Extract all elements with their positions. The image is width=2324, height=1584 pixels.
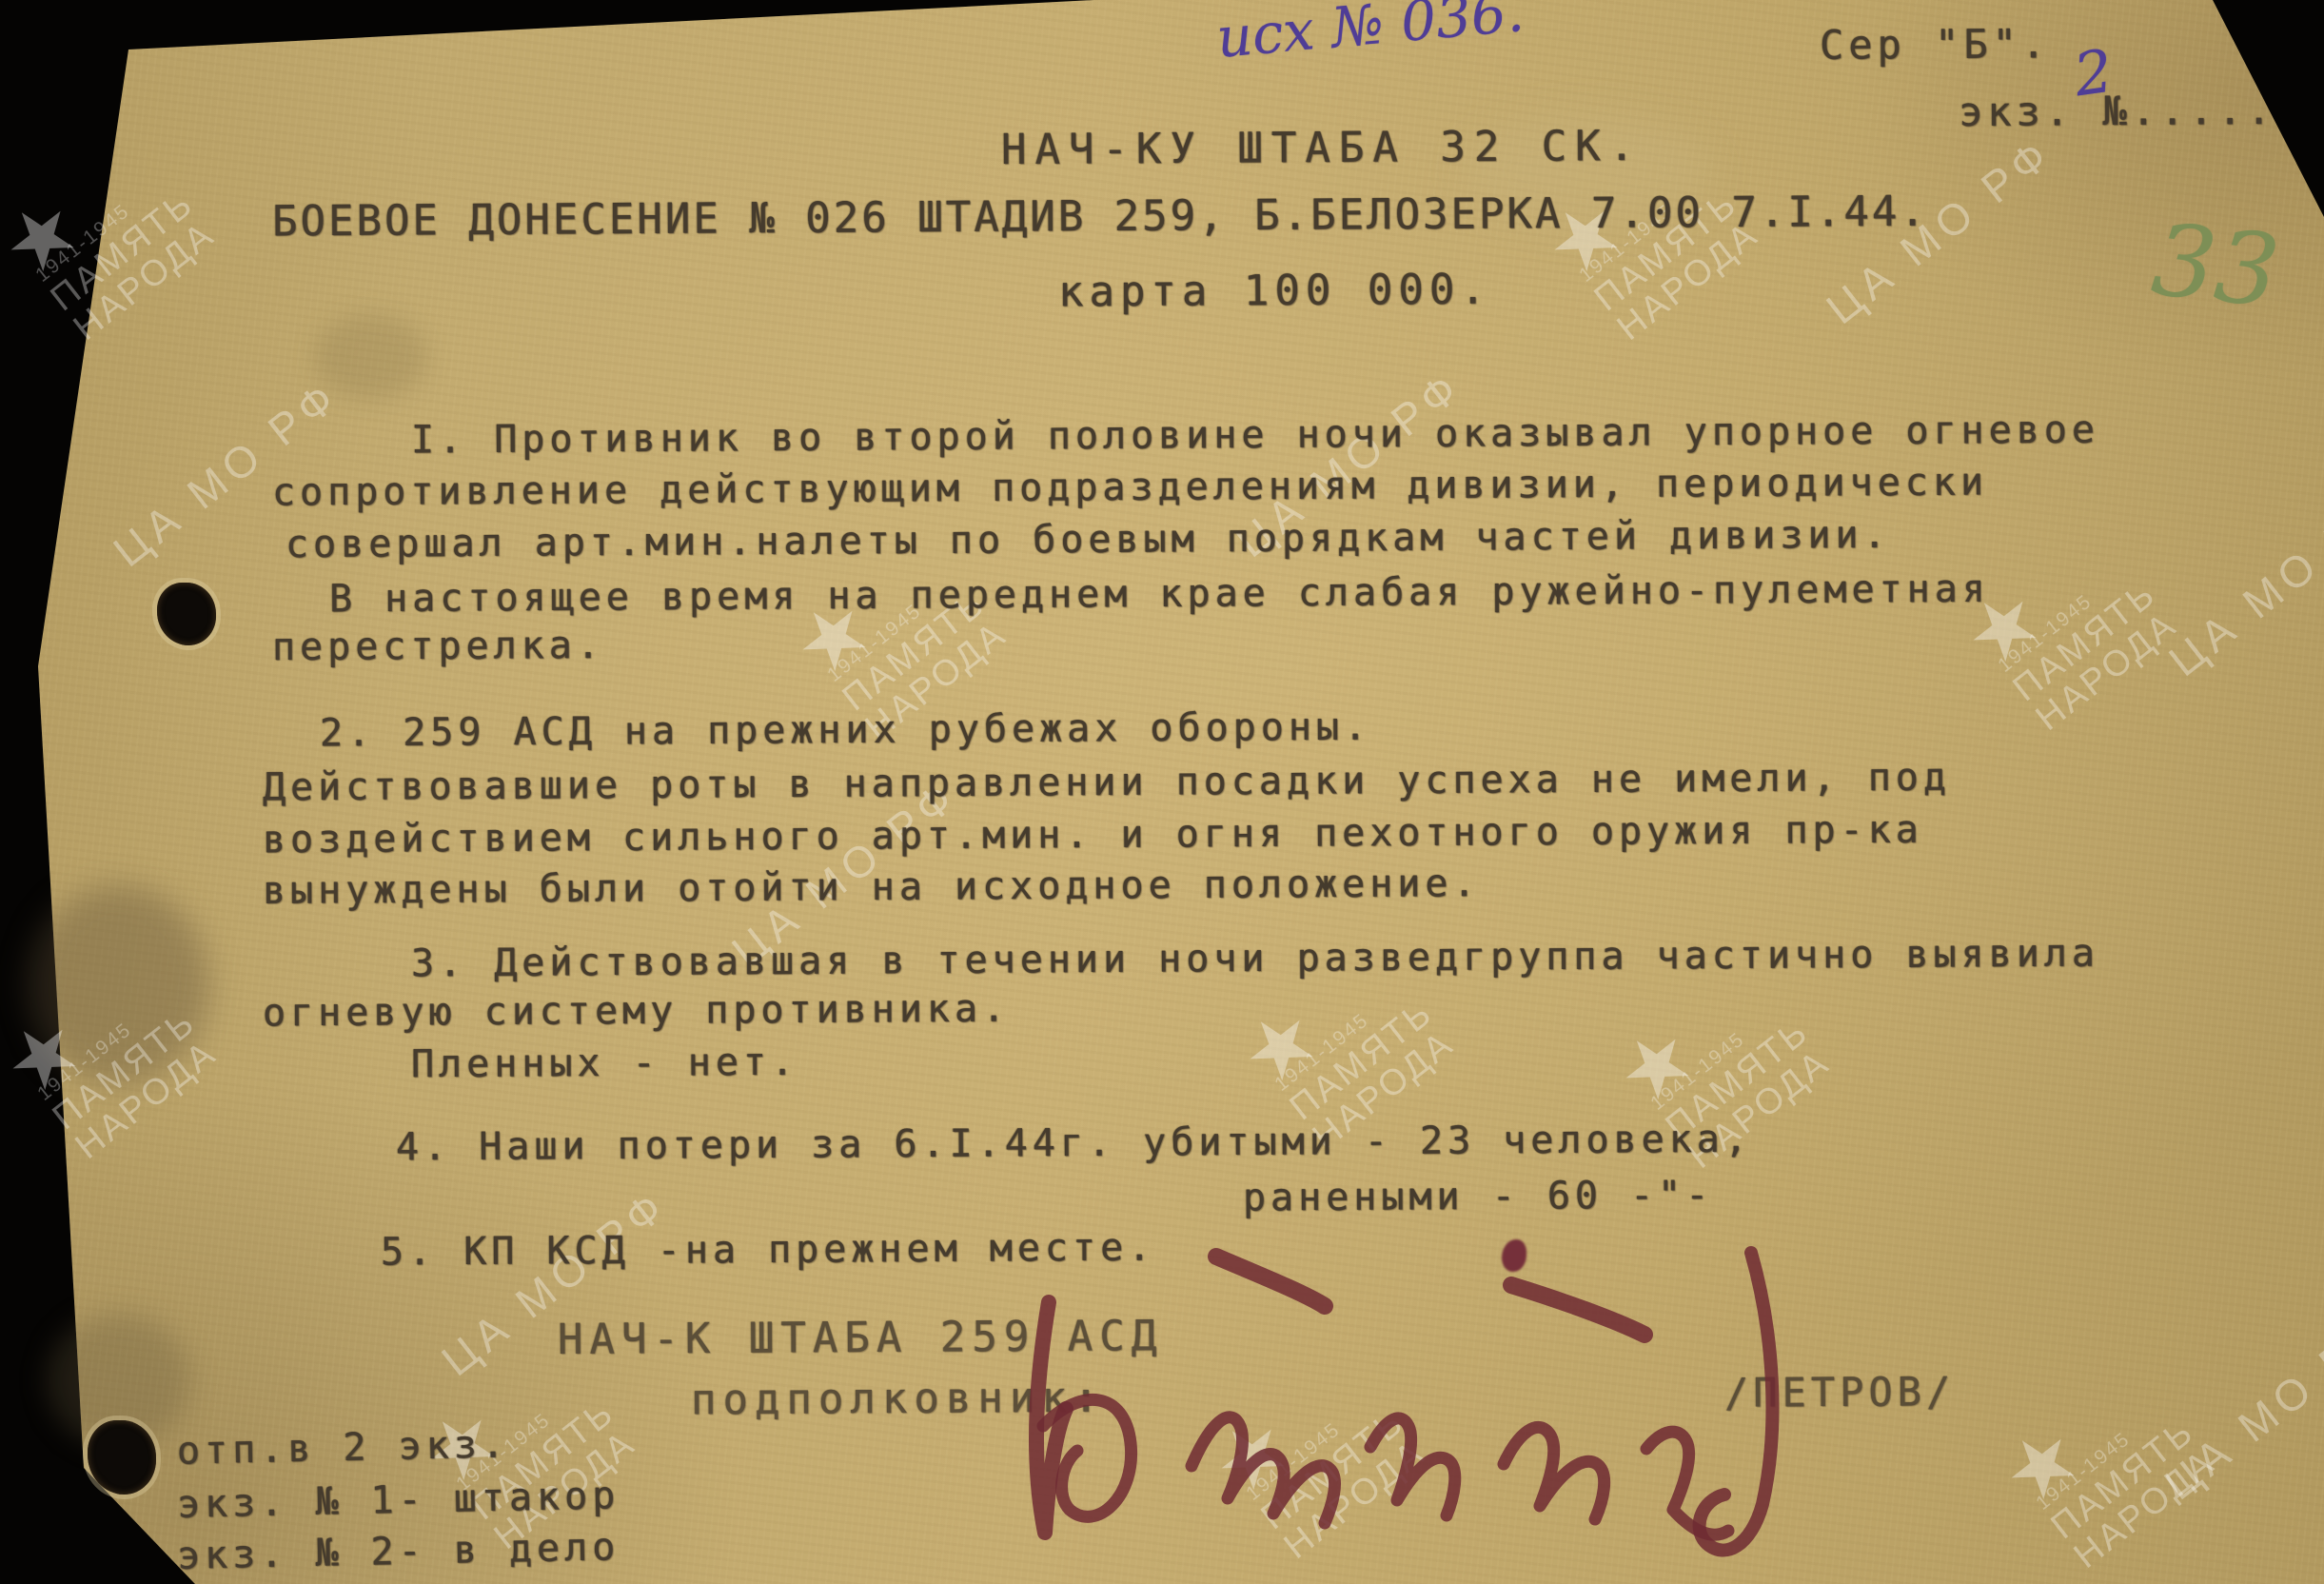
signature-name-typed: /ПЕТРОВ/ [1724,1368,1956,1416]
signature-rank: подполковник: [691,1374,1106,1425]
report-title: БОЕВОЕ ДОНЕСЕНИЕ № 026 ШТАДИВ 259, Б.БЕЛ… [272,188,1928,247]
report-addressee: НАЧ-КУ ШТАБА 32 СК. [1001,122,1644,174]
footer-copies-line: экз. № 2- в дело [177,1525,620,1578]
report-line: 4. Наши потери за 6.I.44г. убитыми - 23 … [396,1118,1752,1170]
report-map-scale: карта 100 000. [1058,266,1491,317]
footer-copies-line: отп.в 2 экз. [177,1422,510,1473]
signature-position: НАЧ-К ШТАБА 259 АСД [558,1312,1164,1364]
copy-number-label: экз. №..... [1959,87,2275,135]
page-number-handwritten: 33 [2147,201,2284,329]
report-line: огневую систему противника. [263,987,1010,1036]
report-line: 2. 259 АСД на прежних рубежах обороны. [320,705,1371,756]
series-stamp: Сер "Б". [1820,20,2051,68]
scanned-document-canvas: ЦА МО РФ ЦА МО РФ ЦА МО РФ ЦА МО РФ ЦА М… [0,0,2324,1584]
report-line: 5. КП КСД -на прежнем месте. [381,1226,1156,1275]
punch-hole [88,1420,156,1495]
footer-copies-line: экз. № 1- штакор [177,1474,620,1527]
report-line: ранеными - 60 -"- [1243,1173,1714,1219]
report-line: перестрелка. [272,624,604,669]
punch-hole [157,583,216,645]
report-line: Пленных - нет. [411,1040,798,1086]
report-line: вынуждены были отойти на исходное положе… [263,861,1481,913]
